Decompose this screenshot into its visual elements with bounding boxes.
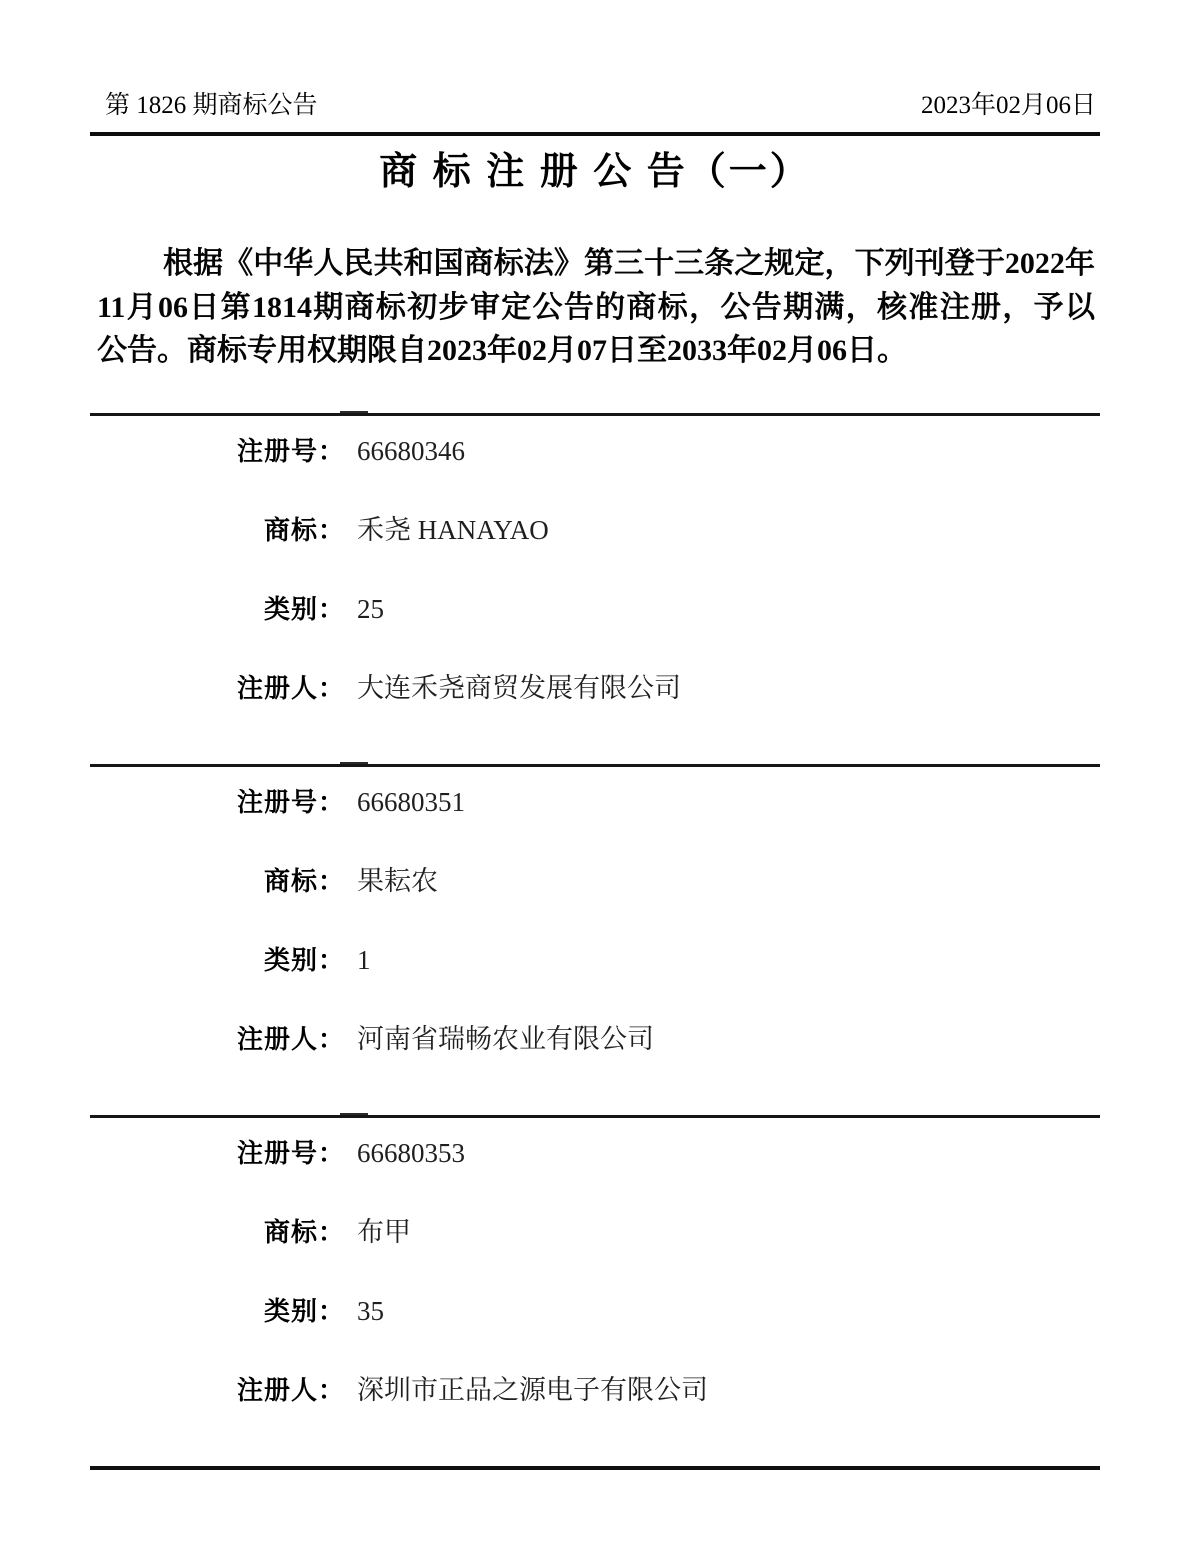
field-value-trademark: 布甲 [357, 1217, 411, 1248]
field-label-trademark: 商标： [90, 866, 345, 897]
field-value-registration-no: 66680353 [357, 1138, 465, 1169]
field-label-registrant: 注册人： [90, 1024, 345, 1055]
field-row-trademark: 商标： 果耘农 [90, 866, 1100, 897]
field-row-trademark: 商标： 禾尧 HANAYAO [90, 515, 1100, 546]
field-label-registration-no: 注册号： [90, 436, 345, 467]
field-value-registrant: 大连禾尧商贸发展有限公司 [357, 673, 681, 704]
field-label-registrant: 注册人： [90, 673, 345, 704]
field-value-registration-no: 66680351 [357, 787, 465, 818]
field-row-category: 类别： 25 [90, 594, 1100, 625]
intro-paragraph: 根据《中华人民共和国商标法》第三十三条之规定，下列刊登于2022年 11月06日… [97, 242, 1095, 373]
header-rule [90, 132, 1100, 136]
trademark-entry: 注册号： 66680353 商标： 布甲 类别： 35 注册人： 深圳市正品之源… [90, 1118, 1100, 1466]
field-row-registrant: 注册人： 深圳市正品之源电子有限公司 [90, 1375, 1100, 1406]
intro-line-2: 11月06日第1814期商标初步审定公告的商标，公告期满，核准注册，予以 [97, 286, 1095, 330]
field-value-trademark: 果耘农 [357, 866, 438, 897]
field-row-registration-no: 注册号： 66680346 [90, 436, 1100, 467]
field-label-category: 类别： [90, 594, 345, 625]
gazette-page: 第 1826 期商标公告 2023年02月06日 商 标 注 册 公 告（一） … [0, 0, 1190, 1564]
field-row-category: 类别： 1 [90, 945, 1100, 976]
field-value-registration-no: 66680346 [357, 436, 465, 467]
field-row-registrant: 注册人： 大连禾尧商贸发展有限公司 [90, 673, 1100, 704]
field-label-trademark: 商标： [90, 515, 345, 546]
field-value-category: 25 [357, 594, 384, 625]
field-label-registrant: 注册人： [90, 1375, 345, 1406]
field-label-category: 类别： [90, 1296, 345, 1327]
field-value-registrant: 深圳市正品之源电子有限公司 [357, 1375, 708, 1406]
field-row-trademark: 商标： 布甲 [90, 1217, 1100, 1248]
field-value-category: 1 [357, 945, 371, 976]
field-label-registration-no: 注册号： [90, 787, 345, 818]
intro-line-1: 根据《中华人民共和国商标法》第三十三条之规定，下列刊登于2022年 [97, 242, 1095, 286]
bottom-rule [90, 1466, 1100, 1470]
field-row-category: 类别： 35 [90, 1296, 1100, 1327]
field-label-trademark: 商标： [90, 1217, 345, 1248]
field-row-registrant: 注册人： 河南省瑞畅农业有限公司 [90, 1024, 1100, 1055]
header-issue-label: 第 1826 期商标公告 [105, 92, 318, 119]
page-content: 第 1826 期商标公告 2023年02月06日 商 标 注 册 公 告（一） … [90, 0, 1100, 1470]
field-row-registration-no: 注册号： 66680353 [90, 1138, 1100, 1169]
header-date: 2023年02月06日 [921, 92, 1096, 119]
field-value-trademark: 禾尧 HANAYAO [357, 515, 549, 546]
entry-separator [90, 1115, 1100, 1118]
intro-line-3: 公告。商标专用权期限自2023年02月07日至2033年02月06日。 [97, 329, 1095, 373]
field-label-registration-no: 注册号： [90, 1138, 345, 1169]
field-label-category: 类别： [90, 945, 345, 976]
trademark-entry: 注册号： 66680346 商标： 禾尧 HANAYAO 类别： 25 注册人：… [90, 416, 1100, 764]
trademark-entries: 注册号： 66680346 商标： 禾尧 HANAYAO 类别： 25 注册人：… [90, 413, 1100, 1470]
page-title: 商 标 注 册 公 告（一） [90, 146, 1100, 198]
trademark-entry: 注册号： 66680351 商标： 果耘农 类别： 1 注册人： 河南省瑞畅农业… [90, 767, 1100, 1115]
entry-separator [90, 413, 1100, 416]
running-header: 第 1826 期商标公告 2023年02月06日 [90, 0, 1100, 119]
field-row-registration-no: 注册号： 66680351 [90, 787, 1100, 818]
entry-separator [90, 764, 1100, 767]
field-value-category: 35 [357, 1296, 384, 1327]
field-value-registrant: 河南省瑞畅农业有限公司 [357, 1024, 654, 1055]
